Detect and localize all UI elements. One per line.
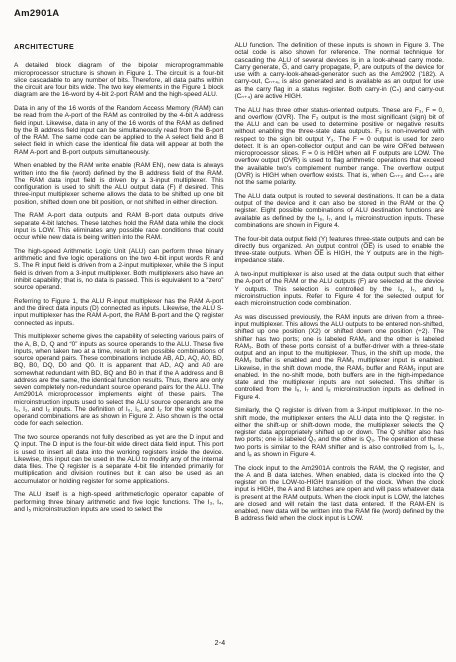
paragraph: The two source operands not fully descri… (14, 434, 224, 485)
paragraph: A detailed block diagram of the bipolar … (14, 62, 224, 98)
paragraph: Similarly, the Q register is driven from… (235, 407, 445, 458)
left-column: ARCHITECTURE A detailed block diagram of… (14, 42, 224, 529)
paragraph: The ALU itself is a high-speed arithmeti… (14, 491, 224, 513)
paragraph: This multiplexer scheme gives the capabi… (14, 333, 224, 427)
page-number: 2-4 (0, 640, 440, 647)
paragraph: The high-speed Arithmetic Logic Unit (AL… (14, 248, 224, 292)
paragraph: When enabled by the RAM write enable (RA… (14, 162, 224, 206)
datasheet-page: Am2901A ARCHITECTURE A detailed block di… (0, 0, 456, 662)
paragraph: As was discussed previously, the RAM inp… (235, 314, 445, 401)
two-column-text: ARCHITECTURE A detailed block diagram of… (14, 42, 444, 529)
right-column: ALU function. The definition of these in… (235, 42, 445, 529)
page-title: Am2901A (14, 8, 59, 19)
paragraph: ALU function. The definition of these in… (235, 42, 445, 100)
paragraph: A two-input multiplexer is also used at … (235, 271, 445, 307)
paragraph: The clock input to the Am2901A controls … (235, 465, 445, 523)
paragraph: Data in any of the 16 words of the Rando… (14, 105, 224, 156)
paragraph: The ALU has three other status-oriented … (235, 107, 445, 187)
paragraph: Referring to Figure 1, the ALU R-input m… (14, 298, 224, 327)
paragraph: The RAM A-port data outputs and RAM B-po… (14, 212, 224, 241)
paragraph: The ALU data output is routed to several… (235, 193, 445, 229)
section-heading-architecture: ARCHITECTURE (14, 44, 224, 51)
paragraph: The four-bit data output field (Y) featu… (235, 236, 445, 265)
